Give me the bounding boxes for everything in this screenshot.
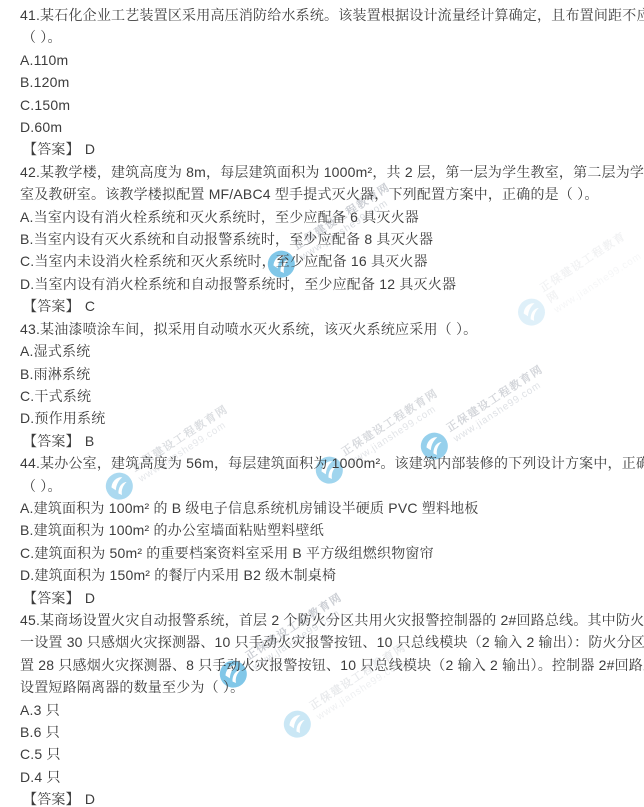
question-41-option-a: A.110m — [20, 49, 630, 71]
question-43-option-a: A.湿式系统 — [20, 340, 630, 362]
question-43: 43.某油漆喷涂车间，拟采用自动喷水灭火系统，该灭火系统应采用（ ）。 A.湿式… — [20, 318, 630, 452]
question-41-option-d: D.60m — [20, 116, 630, 138]
question-45: 45.某商场设置火灾自动报警系统，首层 2 个防火分区共用火灾报警控制器的 2#… — [20, 609, 630, 807]
question-44-option-b: B.建筑面积为 100m² 的办公室墙面粘贴塑料壁纸 — [20, 519, 630, 541]
question-41-stem-line-1: 41.某石化企业工艺装置区采用高压消防给水系统。该装置根据设计流量经计算确定，且… — [20, 4, 630, 26]
question-43-stem-line-1: 43.某油漆喷涂车间，拟采用自动喷水灭火系统，该灭火系统应采用（ ）。 — [20, 318, 630, 340]
question-43-option-d: D.预作用系统 — [20, 407, 630, 429]
question-41-answer: 【答案】D — [20, 138, 630, 160]
question-44-stem-line-2: （ ）。 — [20, 475, 630, 497]
answer-label: 【答案】 — [23, 433, 80, 449]
questions-list: 41.某石化企业工艺装置区采用高压消防给水系统。该装置根据设计流量经计算确定，且… — [0, 0, 644, 807]
exam-question-page: 正保建设工程教育网 www.jianshe99.com 正保建设工程教育网 ww… — [0, 0, 644, 807]
question-45-stem-line-1: 45.某商场设置火灾自动报警系统，首层 2 个防火分区共用火灾报警控制器的 2#… — [20, 609, 630, 631]
question-42-stem-line-2: 室及教研室。该教学楼拟配置 MF/ABC4 型手提式灭火器，下列配置方案中，正确… — [20, 183, 630, 205]
question-41-option-c: C.150m — [20, 94, 630, 116]
question-43-option-c: C.干式系统 — [20, 385, 630, 407]
question-41-stem-line-2: （ ）。 — [20, 26, 630, 48]
question-44-stem-line-1: 44.某办公室，建筑高度为 56m，每层建筑面积为 1000m²。该建筑内部装修… — [20, 452, 630, 474]
question-45-stem-line-4: 设置短路隔离器的数量至少为（ ）。 — [20, 676, 630, 698]
answer-label: 【答案】 — [23, 298, 80, 314]
question-44-option-a: A.建筑面积为 100m² 的 B 级电子信息系统机房铺设半硬质 PVC 塑料地… — [20, 497, 630, 519]
question-44-option-c: C.建筑面积为 50m² 的重要档案资料室采用 B 平方级组燃织物窗帘 — [20, 542, 630, 564]
answer-label: 【答案】 — [23, 791, 80, 807]
question-44-answer: 【答案】D — [20, 587, 630, 609]
question-42-option-c: C.当室内未设消火栓系统和灭火系统时，至少应配备 16 具灭火器 — [20, 250, 630, 272]
question-43-option-b: B.雨淋系统 — [20, 363, 630, 385]
question-45-option-a: A.3 只 — [20, 699, 630, 721]
answer-value: B — [85, 433, 95, 449]
answer-value: C — [85, 298, 95, 314]
question-42-option-b: B.当室内设有灭火系统和自动报警系统时，至少应配备 8 具灭火器 — [20, 228, 630, 250]
question-42: 42.某教学楼，建筑高度为 8m，每层建筑面积为 1000m²，共 2 层，第一… — [20, 161, 630, 318]
question-45-stem-line-2: 一设置 30 只感烟火灾探测器、10 只手动火灾报警按钮、10 只总线模块（2 … — [20, 631, 630, 653]
question-44: 44.某办公室，建筑高度为 56m，每层建筑面积为 1000m²。该建筑内部装修… — [20, 452, 630, 609]
question-45-option-b: B.6 只 — [20, 721, 630, 743]
question-44-option-d: D.建筑面积为 150m² 的餐厅内采用 B2 级木制桌椅 — [20, 564, 630, 586]
answer-value: D — [85, 590, 95, 606]
answer-label: 【答案】 — [23, 141, 80, 157]
question-42-option-a: A.当室内设有消火栓系统和灭火系统时，至少应配备 6 具灭火器 — [20, 206, 630, 228]
question-41: 41.某石化企业工艺装置区采用高压消防给水系统。该装置根据设计流量经计算确定，且… — [20, 4, 630, 161]
question-42-answer: 【答案】C — [20, 295, 630, 317]
question-45-option-d: D.4 只 — [20, 766, 630, 788]
answer-label: 【答案】 — [23, 590, 80, 606]
question-43-answer: 【答案】B — [20, 430, 630, 452]
question-42-option-d: D.当室内设有消火栓系统和自动报警系统时，至少应配备 12 具灭火器 — [20, 273, 630, 295]
question-41-option-b: B.120m — [20, 71, 630, 93]
answer-value: D — [85, 791, 95, 807]
question-42-stem-line-1: 42.某教学楼，建筑高度为 8m，每层建筑面积为 1000m²，共 2 层，第一… — [20, 161, 630, 183]
question-45-answer: 【答案】D — [20, 788, 630, 807]
answer-value: D — [85, 141, 95, 157]
question-45-option-c: C.5 只 — [20, 743, 630, 765]
question-45-stem-line-3: 置 28 只感烟火灾探测器、8 只手动火灾报警按钮、10 只总线模块（2 输入 … — [20, 654, 630, 676]
